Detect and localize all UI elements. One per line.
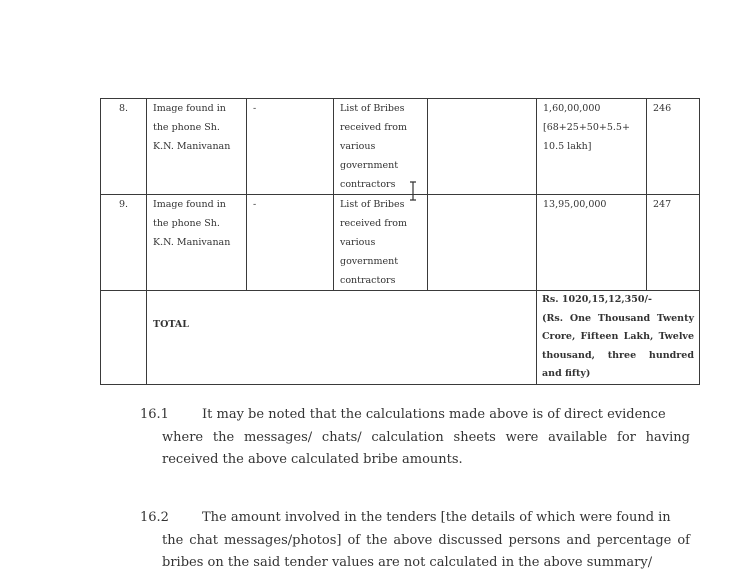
paragraph-16-1: 16.1It may be noted that the calculation…	[140, 404, 690, 472]
total-label: TOTAL	[147, 291, 537, 385]
description-line: various	[340, 233, 421, 252]
source-line: K.N. Manivanan	[153, 137, 240, 156]
total-row: TOTAL Rs. 1020,15,12,350/- (Rs. One Thou…	[101, 291, 700, 385]
source-line: K.N. Manivanan	[153, 233, 240, 252]
amount-cell: 1,60,00,000 [68+25+50+5.5+ 10.5 lakh]	[537, 99, 647, 195]
source-cell: Image found in the phone Sh. K.N. Maniva…	[147, 99, 247, 195]
amount-line: 1,60,00,000	[543, 99, 640, 118]
description-line: List of Bribes	[340, 99, 421, 118]
text-cursor-icon	[408, 181, 418, 201]
paragraph-number: 16.1	[140, 404, 202, 427]
source-line: the phone Sh.	[153, 214, 240, 233]
amount-line: 13,95,00,000	[543, 195, 640, 214]
description-line: government	[340, 156, 421, 175]
source-line: Image found in	[153, 195, 240, 214]
source-line: the phone Sh.	[153, 118, 240, 137]
page-cell: 247	[647, 195, 700, 291]
serial-number: 8.	[101, 99, 147, 195]
paragraph-first-line: It may be noted that the calculations ma…	[202, 407, 666, 422]
serial-number: 9.	[101, 195, 147, 291]
description-line: various	[340, 137, 421, 156]
total-amount-words: (Rs. One Thousand Twenty Crore, Fifteen …	[542, 310, 694, 384]
paragraph-continuation: the chat messages/photos] of the above d…	[140, 530, 690, 575]
total-amount-cell: Rs. 1020,15,12,350/- (Rs. One Thousand T…	[537, 291, 700, 385]
paragraph-number: 16.2	[140, 507, 202, 530]
description-line: government	[340, 252, 421, 271]
empty-cell	[428, 195, 537, 291]
table-row: 9. Image found in the phone Sh. K.N. Man…	[101, 195, 700, 291]
amount-line: [68+25+50+5.5+	[543, 118, 640, 137]
source-line: Image found in	[153, 99, 240, 118]
dash-cell: -	[247, 99, 334, 195]
amount-line: 10.5 lakh]	[543, 137, 640, 156]
empty-cell	[101, 291, 147, 385]
paragraph-continuation: where the messages/ chats/ calculation s…	[140, 427, 690, 472]
total-amount: Rs. 1020,15,12,350/-	[542, 291, 694, 310]
description-line: contractors	[340, 271, 421, 290]
description-cell: List of Bribes received from various gov…	[334, 195, 428, 291]
source-cell: Image found in the phone Sh. K.N. Maniva…	[147, 195, 247, 291]
empty-cell	[428, 99, 537, 195]
paragraph-first-line: The amount involved in the tenders [the …	[202, 510, 671, 525]
description-line: received from	[340, 118, 421, 137]
table-row: 8. Image found in the phone Sh. K.N. Man…	[101, 99, 700, 195]
description-line: received from	[340, 214, 421, 233]
bribe-summary-table: 8. Image found in the phone Sh. K.N. Man…	[100, 98, 700, 385]
page-cell: 246	[647, 99, 700, 195]
paragraph-16-2: 16.2The amount involved in the tenders […	[140, 507, 690, 575]
amount-cell: 13,95,00,000	[537, 195, 647, 291]
dash-cell: -	[247, 195, 334, 291]
